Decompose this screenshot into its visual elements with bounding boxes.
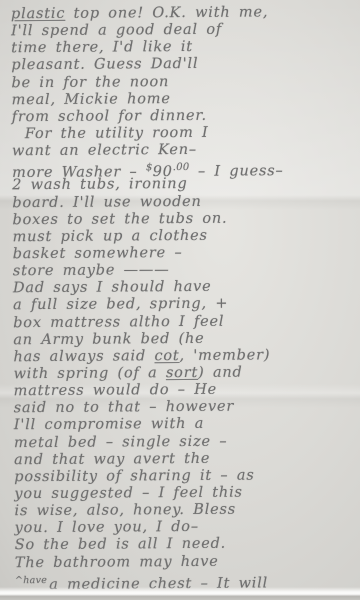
text-segment: ——— <box>124 262 170 278</box>
text-segment: has always said <box>13 348 154 365</box>
text-segment: you. I love you, I do– <box>15 519 199 536</box>
letter-page: plastic top one! O.K. with me,I'll spend… <box>0 0 360 600</box>
text-segment: want an electric Ken– <box>12 142 197 159</box>
text-segment: you suggested – I feel this <box>14 485 242 503</box>
underlined-word: plastic <box>11 6 65 22</box>
text-segment: a medicine chest – It will <box>49 575 268 593</box>
underlined-word: sort <box>166 365 198 381</box>
inserted-word: ^have <box>15 575 47 586</box>
text-segment: top one! O.K. with me, <box>65 4 268 21</box>
text-segment: box mattress altho I feel <box>13 313 224 330</box>
text-segment: – I guess– <box>189 163 283 180</box>
text-segment: is wise, also, honey. Bless <box>14 502 236 520</box>
text-segment: and that way avert the <box>14 450 210 467</box>
text-segment: said no to that – however <box>14 399 234 417</box>
text-segment: I'll compromise with a <box>14 416 204 433</box>
text-segment: Dad says I should have <box>13 279 212 296</box>
text-segment: For the utility room I <box>25 125 209 142</box>
text-segment: The bathroom may have <box>15 553 219 570</box>
text-segment: 2 wash tubs, ironing <box>12 176 187 193</box>
text-segment: I'll spend a good deal of <box>11 22 222 39</box>
underlined-word: cot <box>154 348 179 364</box>
text-segment: , 'member) <box>179 347 270 364</box>
text-segment: basket somewhere – <box>13 245 183 262</box>
text-segment: a full size bed, spring, + <box>13 296 228 314</box>
text-segment: an Army bunk bed (he <box>13 331 204 348</box>
text-segment: So the bed is all I need. <box>15 536 226 553</box>
text-segment: board. I'll use wooden <box>12 193 201 210</box>
text-segment: with spring (of a <box>13 365 165 382</box>
text-segment: pleasant. Guess Dad'll <box>11 56 198 73</box>
text-segment: .00 <box>173 162 190 173</box>
text-segment: time there, I'd like it <box>11 39 193 56</box>
text-segment: ) and <box>198 365 243 381</box>
text-segment: possibility of sharing it – as <box>14 467 254 485</box>
text-segment: store maybe <box>13 263 124 280</box>
letter-body: plastic top one! O.K. with me,I'll spend… <box>11 4 356 589</box>
text-segment: be in for the noon <box>11 74 169 91</box>
text-segment: meal, Mickie home <box>12 91 171 108</box>
text-segment: must pick up a clothes <box>13 228 208 245</box>
text-segment: boxes to set the tubs on. <box>12 210 227 228</box>
text-segment: metal bed – single size – <box>14 433 227 450</box>
text-segment: from school for dinner. <box>12 108 207 125</box>
letter-line: ^havea medicine chest – It will <box>15 569 356 589</box>
text-segment: mattress would do – He <box>14 382 217 399</box>
